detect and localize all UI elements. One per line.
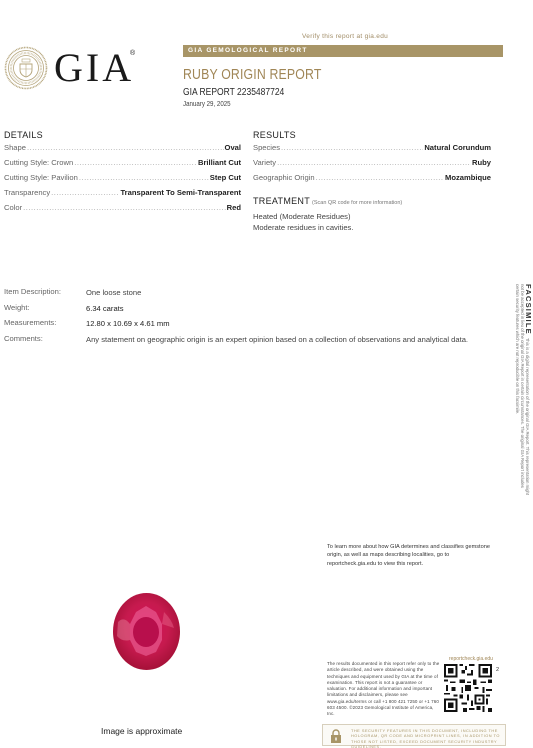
desc-row-item: Item Description:One loose stone (4, 285, 499, 301)
results-row-species: SpeciesNatural Corundum (253, 143, 491, 158)
gia-wordmark: GIA (54, 44, 134, 92)
report-number: GIA REPORT 2235487724 (183, 87, 284, 98)
details-row-crown: Cutting Style: Crown Brilliant Cut (4, 158, 241, 173)
details-row-color: ColorRed (4, 203, 241, 218)
security-text: THE SECURITY FEATURES IN THIS DOCUMENT, … (351, 728, 503, 748)
desc-row-weight: Weight:6.34 carats (4, 301, 499, 317)
qr-code-icon[interactable] (444, 664, 492, 712)
lock-icon (330, 729, 342, 743)
disclaimer-text: The results documented in this report re… (327, 661, 442, 718)
report-date: January 29, 2025 (183, 101, 231, 108)
treatment-heading: TREATMENT(Scan QR code for more informat… (253, 196, 402, 206)
security-notice: THE SECURITY FEATURES IN THIS DOCUMENT, … (322, 724, 506, 746)
item-description: Item Description:One loose stone Weight:… (4, 285, 499, 347)
desc-row-comments: Comments:Any statement on geographic ori… (4, 332, 499, 348)
details-row-transparency: Transparency Transparent To Semi-Transpa… (4, 188, 241, 203)
gia-logo: GIA ® (4, 44, 179, 92)
treatment-line-1: Heated (Moderate Residues) (253, 212, 351, 221)
details-row-shape: ShapeOval (4, 143, 241, 158)
results-row-origin: Geographic Origin Mozambique (253, 173, 491, 188)
facsimile-title: FACSIMILE (524, 284, 533, 335)
ruby-gem-image (112, 592, 181, 671)
results-list: SpeciesNatural Corundum VarietyRuby Geog… (253, 143, 491, 188)
verify-link[interactable]: Verify this report at gia.edu (302, 33, 388, 40)
details-heading: DETAILS (4, 130, 43, 140)
desc-row-measurements: Measurements:12.80 x 10.69 x 4.61 mm (4, 316, 499, 332)
results-row-variety: VarietyRuby (253, 158, 491, 173)
gia-seal-icon (4, 46, 48, 90)
treatment-note: (Scan QR code for more information) (312, 200, 402, 206)
image-caption: Image is approximate (101, 726, 182, 736)
report-type-band: GIA GEMOLOGICAL REPORT (183, 45, 503, 57)
learn-more-text: To learn more about how GIA determines a… (327, 543, 499, 568)
results-heading: RESULTS (253, 130, 296, 140)
qr-label: 2 (496, 667, 499, 673)
details-row-pavilion: Cutting Style: Pavilion Step Cut (4, 173, 241, 188)
details-list: ShapeOval Cutting Style: Crown Brilliant… (4, 143, 241, 218)
treatment-line-2: Moderate residues in cavities. (253, 223, 353, 232)
registered-mark: ® (130, 50, 135, 57)
report-title: RUBY ORIGIN REPORT (183, 66, 322, 83)
facsimile-notice: FACSIMILEThis is a digital representatio… (505, 284, 531, 496)
reportcheck-link[interactable]: reportcheck.gia.edu (449, 656, 493, 662)
